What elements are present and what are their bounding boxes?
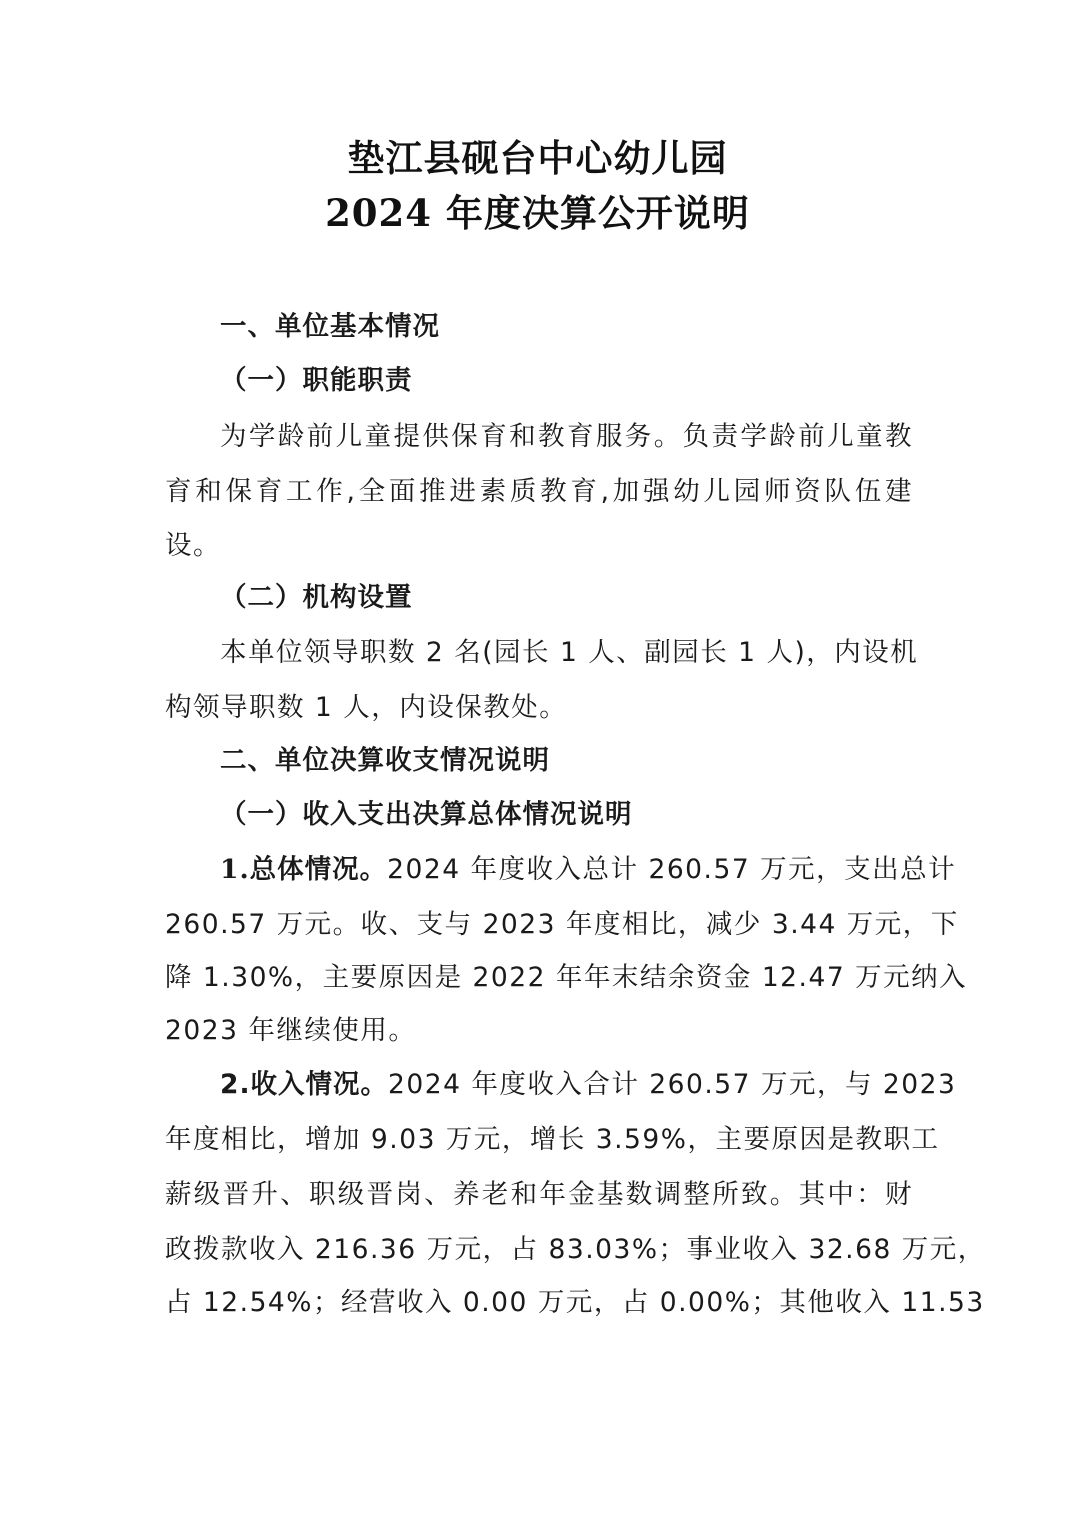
- paragraph-line: 政拨款收入 216.36 万元，占 83.03%；事业收入 32.68 万元，: [165, 1233, 913, 1267]
- paragraph-lead-income: 2.收入情况。: [220, 1068, 388, 1102]
- subsection-heading-organization: （二）机构设置: [220, 581, 913, 615]
- paragraph-line: 设。: [165, 529, 913, 563]
- paragraph-first-line: 1.总体情况。 2024 年度收入总计 260.57 万元，支出总计: [220, 853, 913, 887]
- paragraph-line: 占 12.54%；经营收入 0.00 万元，占 0.00%；其他收入 11.53: [165, 1286, 913, 1320]
- paragraph-line: 2023 年继续使用。: [165, 1014, 913, 1048]
- paragraph-line: 育和保育工作,全面推进素质教育,加强幼儿园师资队伍建: [165, 475, 913, 509]
- paragraph-text: 2024 年度收入合计 260.57 万元，与 2023: [388, 1068, 956, 1102]
- paragraph-line: 降 1.30%，主要原因是 2022 年年末结余资金 12.47 万元纳入: [165, 961, 913, 995]
- document-page: 垫江县砚台中心幼儿园 2024 年度决算公开说明 一、单位基本情况 （一）职能职…: [0, 0, 1075, 1520]
- document-title-line2: 2024 年度决算公开说明: [0, 191, 1075, 235]
- section-heading-budget: 二、单位决算收支情况说明: [220, 744, 913, 778]
- paragraph-line: 薪级晋升、职级晋岗、养老和年金基数调整所致。其中：财: [165, 1178, 913, 1212]
- section-heading-basic-info: 一、单位基本情况: [220, 310, 913, 344]
- paragraph-first-line: 2.收入情况。 2024 年度收入合计 260.57 万元，与 2023: [220, 1068, 913, 1102]
- paragraph-line: 260.57 万元。收、支与 2023 年度相比，减少 3.44 万元，下: [165, 908, 913, 942]
- paragraph-line: 为学龄前儿童提供保育和教育服务。负责学龄前儿童教: [220, 420, 913, 454]
- paragraph-line: 年度相比，增加 9.03 万元，增长 3.59%，主要原因是教职工: [165, 1123, 913, 1157]
- document-title-line1: 垫江县砚台中心幼儿园: [0, 136, 1075, 180]
- paragraph-line: 本单位领导职数 2 名(园长 1 人、副园长 1 人)，内设机: [220, 636, 913, 670]
- subsection-heading-functions: （一）职能职责: [220, 364, 913, 398]
- paragraph-line: 构领导职数 1 人，内设保教处。: [165, 691, 913, 725]
- subsection-heading-overall: （一）收入支出决算总体情况说明: [220, 798, 913, 832]
- paragraph-lead-overall: 1.总体情况。: [220, 853, 387, 887]
- paragraph-text: 2024 年度收入总计 260.57 万元，支出总计: [387, 853, 956, 887]
